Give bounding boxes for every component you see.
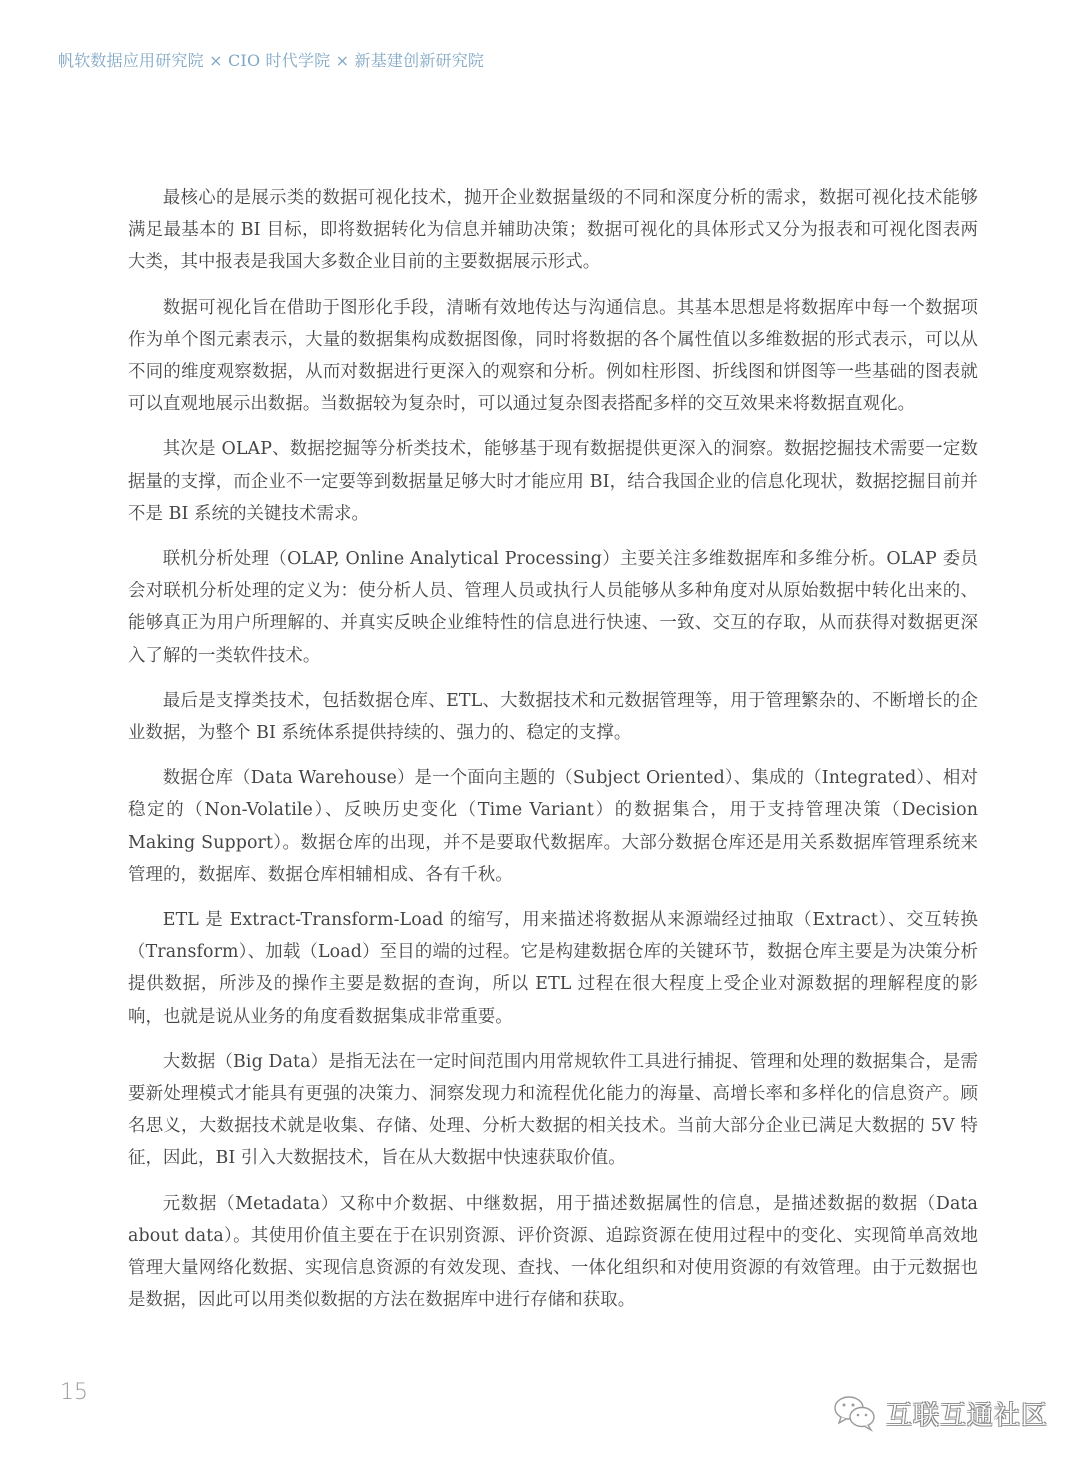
paragraph-support-tech: 最后是支撑类技术，包括数据仓库、ETL、大数据技术和元数据管理等，用于管理繁杂的… — [128, 685, 978, 749]
paragraph-olap-definition: 联机分析处理（OLAP, Online Analytical Processin… — [128, 543, 978, 672]
article-body: 最核心的是展示类的数据可视化技术，抛开企业数据量级的不同和深度分析的需求，数据可… — [128, 182, 978, 1330]
paragraph-etl: ETL 是 Extract-Transform-Load 的缩写，用来描述将数据… — [128, 904, 978, 1033]
watermark-text: 互联互通社区 — [886, 1395, 1048, 1432]
page-number: 15 — [60, 1380, 88, 1405]
watermark: 互联互通社区 — [832, 1393, 1048, 1433]
paragraph-data-warehouse: 数据仓库（Data Warehouse）是一个面向主题的（Subject Ori… — [128, 762, 978, 891]
running-header: 帆软数据应用研究院 × CIO 时代学院 × 新基建创新研究院 — [58, 48, 484, 71]
paragraph-visualization-purpose: 数据可视化旨在借助于图形化手段，清晰有效地传达与沟通信息。其基本思想是将数据库中… — [128, 292, 978, 421]
paragraph-big-data: 大数据（Big Data）是指无法在一定时间范围内用常规软件工具进行捕捉、管理和… — [128, 1046, 978, 1175]
paragraph-olap-data-mining: 其次是 OLAP、数据挖掘等分析类技术，能够基于现有数据提供更深入的洞察。数据挖… — [128, 433, 978, 530]
paragraph-visualization-tech: 最核心的是展示类的数据可视化技术，抛开企业数据量级的不同和深度分析的需求，数据可… — [128, 182, 978, 279]
wechat-icon — [832, 1393, 878, 1433]
paragraph-metadata: 元数据（Metadata）又称中介数据、中继数据，用于描述数据属性的信息，是描述… — [128, 1188, 978, 1317]
